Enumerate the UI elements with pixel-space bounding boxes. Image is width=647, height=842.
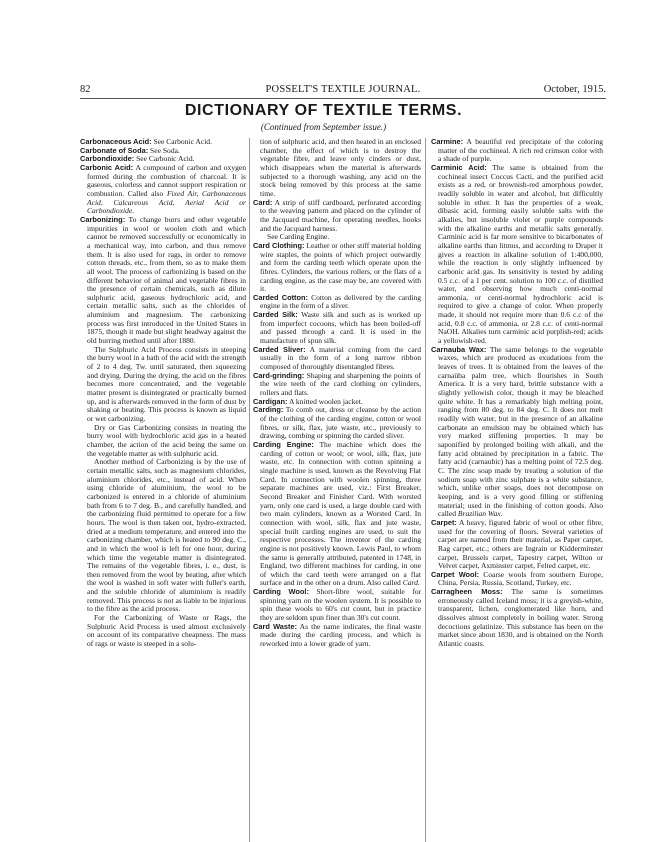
entry-paragraph: Dry or Gas Carbonizing consists in treat… [80, 424, 246, 459]
entry-paragraph: Another method of Carbonizing is by the … [80, 458, 246, 614]
entry-term: Carmine: [431, 137, 463, 146]
entry-term: Card: [253, 198, 272, 207]
entry-paragraph: For the Carbonizing of Waste or Rags, th… [80, 614, 246, 649]
entry-term: Cardigan: [253, 397, 288, 406]
entry-term: Carded Sliver: [253, 345, 306, 354]
entry-term: Carbonaceous Acid: [80, 137, 152, 146]
dictionary-entry: Card: A strip of stiff cardboard, perfor… [253, 199, 421, 234]
entry-term: Card Clothing: [253, 241, 304, 250]
column-2: tion of sulphuric acid, and then heated … [253, 138, 421, 649]
entry-definition: See Carbonic Acid. [134, 154, 194, 163]
entry-term: Carragheen Moss: [431, 587, 503, 596]
entry-term: Carding Engine: [253, 440, 314, 449]
entry-term: Carnauba Wax: [431, 345, 486, 354]
dictionary-entry: Carpet Wool: Coarse wools from southern … [431, 571, 603, 588]
entry-definition: A heavy, figured fabric of wool or other… [438, 518, 603, 570]
issue-date: October, 1915. [544, 84, 606, 95]
dictionary-entry: Card Waste: As the name indicates, the f… [253, 623, 421, 649]
entry-definition: A beautiful red precipitate of the color… [438, 137, 603, 163]
entry-definition: The same is obtained from the cochineal … [438, 163, 603, 345]
entry-term: Card Waste: [253, 622, 297, 631]
entry-term: Carbonizing: [80, 215, 125, 224]
dictionary-entry: Carpet: A heavy, figured fabric of wool … [431, 519, 603, 571]
entry-italic: Brazilian Wax. [458, 509, 503, 518]
entry-italic: Card. [403, 578, 420, 587]
dictionary-entry: Carding: To comb out, dress or cleanse b… [253, 406, 421, 441]
article-subtitle: (Continued from September issue.) [0, 122, 647, 132]
entry-term: Card-grinding: [253, 371, 304, 380]
dictionary-entry: Carded Sliver: A material coming from th… [253, 346, 421, 372]
entry-term: Carbonate of Soda: [80, 146, 148, 155]
entry-term: Carpet: [431, 518, 457, 527]
entry-continuation: tion of sulphuric acid, and then heated … [253, 138, 421, 199]
entry-definition: Leather or other stiff material holding … [260, 241, 421, 293]
column-3: Carmine: A beautiful red precipitate of … [431, 138, 603, 649]
entry-definition: A strip of stiff cardboard, perforated a… [260, 198, 421, 233]
entry-definition: To comb out, dress or cleanse by the act… [260, 405, 421, 440]
entry-term: Carbonic Acid: [80, 163, 133, 172]
column-divider [425, 138, 426, 842]
entry-definition: See Soda. [148, 146, 180, 155]
entry-term: Carded Cotton: [253, 293, 308, 302]
dictionary-entry: Carmine: A beautiful red precipitate of … [431, 138, 603, 164]
dictionary-entry: Card Clothing: Leather or other stiff ma… [253, 242, 421, 294]
dictionary-entry: Carbonizing: To change burrs and other v… [80, 216, 246, 346]
dictionary-entry: Carminic Acid: The same is obtained from… [431, 164, 603, 346]
article-title: DICTIONARY OF TEXTILE TERMS. [0, 102, 647, 120]
entry-term: Carbondioxide: [80, 154, 134, 163]
entry-term: Carpet Wool: [431, 570, 479, 579]
dictionary-entry: Carded Cotton: Cotton as delivered by th… [253, 294, 421, 311]
entry-term: Carding: [253, 405, 283, 414]
dictionary-entry: Carragheen Moss: The same is sometimes e… [431, 588, 603, 649]
entry-term: Carded Silk: [253, 310, 298, 319]
entry-paragraph: The Sulphuric Acid Process consists in s… [80, 346, 246, 424]
column-divider [249, 138, 250, 842]
entry-definition: The machine which does the carding of co… [260, 440, 421, 588]
entry-definition: The same belongs to the vegetable waxes,… [438, 345, 603, 518]
dictionary-entry: Card-grinding: Shaping and sharpening th… [253, 372, 421, 398]
header-rule [80, 98, 606, 99]
dictionary-entry: Carding Engine: The machine which does t… [253, 441, 421, 588]
entry-definition: To change burrs and other vegetable impu… [87, 215, 246, 345]
dictionary-entry: Carnauba Wax: The same belongs to the ve… [431, 346, 603, 519]
dictionary-entry: Carded Silk: Waste silk and such as is w… [253, 311, 421, 346]
dictionary-entry: Carding Wool: Short-fibre wool, suitable… [253, 588, 421, 623]
entry-definition: The same is sometimes erroneously called… [438, 587, 603, 648]
entry-term: Carding Wool: [253, 587, 309, 596]
entry-definition: A knitted woolen jacket. [288, 397, 363, 406]
entry-term: Carminic Acid: [431, 163, 487, 172]
column-1: Carbonaceous Acid: See Carbonic Acid.Car… [80, 138, 246, 649]
journal-title: POSSELT'S TEXTILE JOURNAL. [80, 84, 606, 95]
dictionary-entry: Carbonic Acid: A compound of carbon and … [80, 164, 246, 216]
entry-definition: See Carbonic Acid. [152, 137, 212, 146]
